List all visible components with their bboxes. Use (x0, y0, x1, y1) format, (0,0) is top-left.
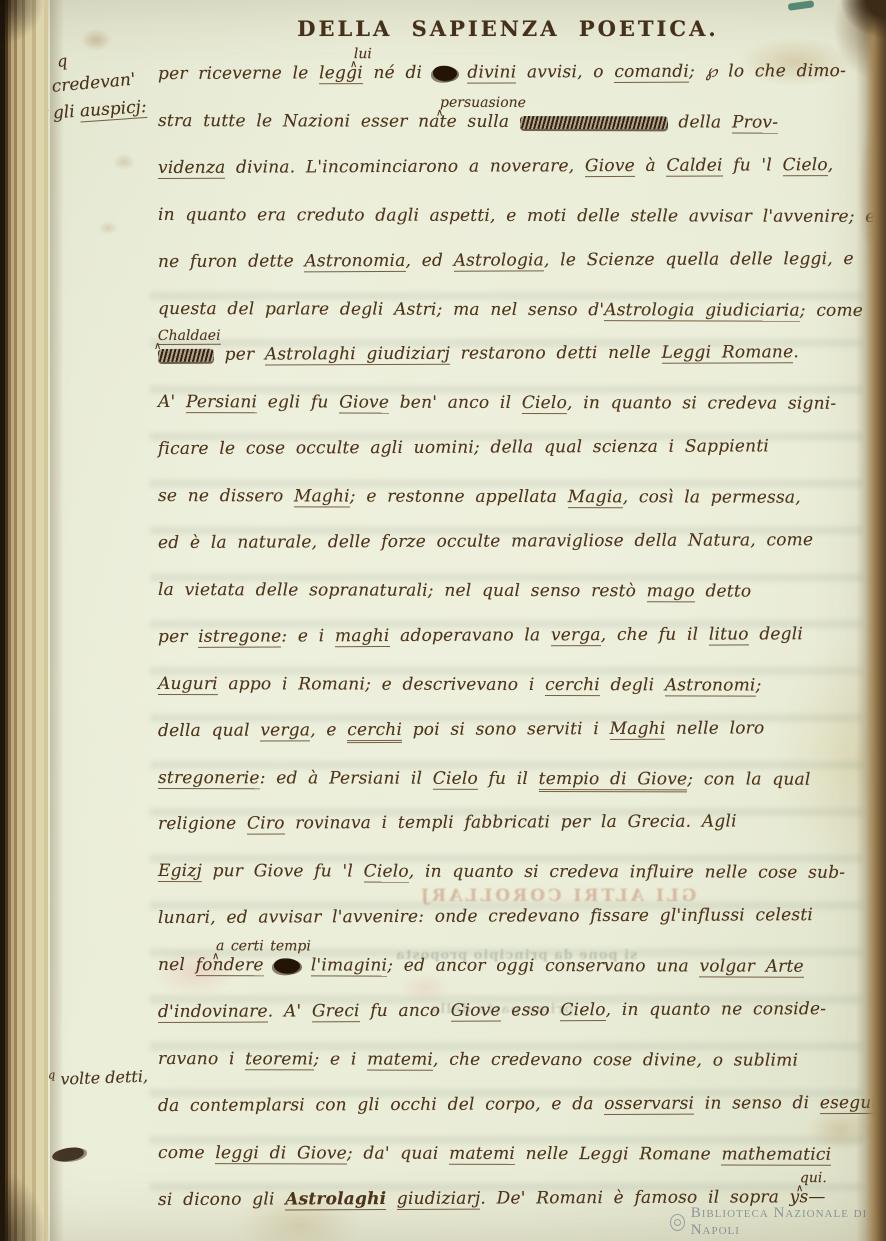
text-segment: ; ℘ lo che dimo- (689, 61, 846, 82)
watermark-text: Biblioteca Nazionale di Napoli (691, 1205, 886, 1239)
text-segment: teoremi (245, 1049, 313, 1070)
text-segment: volgar Arte (699, 957, 803, 978)
text-segment: nel (158, 955, 196, 975)
text-segment: in senso di (694, 1093, 820, 1114)
text-segment (457, 63, 468, 83)
text-segment: ; da' quai (347, 1143, 449, 1163)
text-segment: fu anco (360, 1001, 451, 1021)
body-line: ficare le cose occulte agli uomini; dell… (158, 437, 769, 466)
scribble-cancellation (158, 349, 214, 362)
library-seal-core (674, 1219, 681, 1226)
text-segment: ; con la qual (687, 769, 810, 789)
body-line: stra tutte le Nazioni esser nate sulla d… (158, 111, 778, 139)
gutter-shadow-top (0, 0, 56, 70)
text-segment: Astrolaghi giudiziarj (265, 344, 450, 366)
text-segment: , e (310, 720, 347, 740)
text-segment: . (793, 343, 799, 363)
interlinear-insertion: ∧a certi tempi (216, 938, 311, 954)
text-segment: divini (467, 62, 516, 83)
interlinear-insertion: ∧persuasione (440, 95, 526, 111)
text-segment: , ed (405, 250, 453, 270)
text-segment: auspicj: (79, 97, 147, 123)
corner-stain-top-right (830, 0, 886, 50)
text-segment: cerchi (347, 720, 402, 743)
text-segment: divina. L'incominciarono a noverare, (225, 156, 585, 178)
text-segment (386, 1189, 397, 1209)
text-segment: per (158, 627, 198, 647)
text-segment: , in quanto ne conside- (606, 999, 827, 1020)
page-edge-right (856, 0, 886, 1241)
text-segment: Astrologia (454, 250, 544, 271)
text-segment: osservarsi (604, 1093, 694, 1114)
text-segment: esso (501, 1000, 561, 1020)
body-line: Egizj pur Giove fu 'l Cielo, in quanto s… (158, 861, 845, 889)
text-segment: Cielo (560, 1000, 605, 1021)
text-segment: restarono detti nelle (450, 343, 662, 364)
text-segment: giudiziarj (397, 1188, 481, 1209)
book-binding-edge (0, 0, 52, 1241)
text-segment: degli (600, 675, 665, 695)
text-segment: verga (260, 720, 310, 741)
text-segment: come (158, 1143, 215, 1163)
text-segment: maghi (335, 626, 390, 647)
text-segment: Giove (585, 156, 635, 177)
text-segment: fondere (196, 955, 264, 976)
body-line: videnza divina. L'incominciarono a nover… (158, 155, 834, 184)
text-segment: detto (695, 581, 752, 601)
text-segment: da contemplarsi con gli occhi del corpo,… (158, 1094, 604, 1116)
body-line: per riceverne le leggi né di divini avvi… (158, 61, 846, 90)
bleedthrough-text: GLI ALTRI COROLLARJ (418, 886, 696, 906)
text-segment: Cielo (522, 393, 567, 414)
text-segment: , le Scienze quella delle leggi, e (544, 249, 854, 270)
text-segment: ben' anco il (389, 393, 522, 413)
text-segment: per riceverne le (158, 63, 319, 84)
text-segment: , in quanto si credeva signi- (567, 393, 836, 414)
text-segment: videnza (158, 158, 226, 179)
body-line: ed è la naturale, delle forze occulte ma… (158, 530, 813, 559)
binding-thread (788, 0, 815, 11)
text-segment: Astrolaghi (285, 1189, 386, 1210)
body-line: d'indovinare. A' Greci fu anco Giove ess… (158, 999, 826, 1028)
insertion-text: a certi tempi (216, 938, 311, 954)
body-line: stregonerie: ed à Persiani il Cielo fu i… (158, 768, 811, 796)
text-segment: ficare le cose occulte agli uomini; dell… (158, 437, 769, 460)
text-segment: nelle loro (665, 718, 764, 738)
text-segment: mathematici (721, 1144, 831, 1165)
text-segment: matemi (449, 1143, 515, 1164)
body-line: per istregone: e i maghi adoperavano la … (158, 624, 803, 653)
text-segment: , in quanto si credeva influire nelle co… (409, 862, 845, 883)
text-segment: Persiani (186, 392, 257, 413)
text-segment: ne furon dette (158, 251, 305, 272)
library-seal-icon (670, 1214, 685, 1231)
gutter-shadow-bottom (0, 1131, 60, 1241)
text-segment: Cielo (433, 768, 478, 789)
body-line: A' Persiani egli fu Giove ben' anco il C… (158, 392, 836, 420)
text-segment: Astronomia (304, 251, 405, 272)
interlinear-insertion: ∧qui. (800, 1170, 827, 1186)
body-line: se ne dissero Maghi; e restonne appellat… (158, 486, 801, 514)
text-segment: Maghi (610, 718, 666, 739)
ink-blot (433, 66, 457, 81)
body-line: questa del parlare degli Astri; ma nel s… (158, 299, 863, 327)
text-segment: appo i Romani; e descrivevano i (218, 674, 545, 695)
text-segment: à (635, 156, 667, 176)
text-segment: Greci (312, 1001, 360, 1022)
body-line: come leggi di Giove; da' quai matemi nel… (158, 1143, 831, 1171)
text-segment: stregonerie (158, 768, 260, 789)
insertion-text: Chaldaei (158, 328, 221, 345)
text-segment: né di (363, 63, 433, 83)
text-segment: in quanto era creduto dagli aspetti, e m… (158, 205, 876, 227)
scribble-cancellation (520, 116, 668, 129)
text-segment: matemi (367, 1049, 433, 1070)
text-segment: avvisi, o (516, 62, 614, 82)
body-line: ravano i teoremi; e i matemi, che credev… (158, 1049, 798, 1077)
text-segment: lituo (709, 624, 749, 645)
insertion-text: persuasione (440, 95, 526, 111)
manuscript-page-scan: DELLA SAPIENZA POETICA. GLI ALTRI COROLL… (0, 0, 886, 1241)
text-segment: mago (647, 581, 695, 602)
text-segment: , così la permessa, (623, 487, 801, 507)
body-line: per Astrolaghi giudiziarj restarono dett… (158, 343, 799, 372)
text-segment: per (214, 345, 265, 365)
text-segment: nelle Leggi Romane (515, 1144, 721, 1165)
text-segment: Cielo (364, 862, 409, 883)
text-segment: questa del parlare degli Astri; ma nel s… (158, 299, 604, 320)
page-title: DELLA SAPIENZA POETICA. (158, 16, 858, 41)
text-segment: ; ed ancor oggi conservano una (387, 956, 699, 977)
text-segment: , che credevano cose divine, o sublimi (433, 1050, 798, 1071)
text-segment: adoperavano la (390, 625, 551, 646)
text-segment: Giove (451, 1001, 501, 1022)
text-segment: Ciro (247, 814, 285, 835)
text-segment: : ed à Persiani il (260, 768, 433, 788)
text-segment: fu il (478, 768, 539, 788)
gutter-crease (50, 0, 64, 1241)
text-segment: : e i (281, 626, 335, 646)
text-segment: della qual (158, 720, 260, 740)
text-segment: Magia (568, 487, 623, 508)
text-segment: pur Giove fu 'l (202, 861, 364, 881)
text-segment: . A' (268, 1001, 312, 1021)
text-segment: tempio di Giove (539, 768, 688, 791)
text-segment: Astronomi (665, 675, 756, 696)
text-segment: Prov- (732, 112, 778, 133)
text-segment: volte detti, (55, 1067, 148, 1089)
text-segment: Maghi (294, 486, 350, 507)
body-line: ne furon dette Astronomia, ed Astrologia… (158, 249, 854, 278)
text-segment: leggi di Giove (215, 1143, 347, 1164)
text-segment: ; (756, 675, 762, 695)
text-segment: poi si sono serviti i (402, 719, 610, 740)
body-line: lunari, ed avvisar l'avvenire: onde cred… (158, 905, 813, 934)
text-segment: ravano i (158, 1049, 245, 1069)
text-segment: degli (749, 624, 803, 644)
text-segment: se ne dissero (158, 486, 294, 506)
text-segment: ; e restonne appellata (350, 487, 568, 508)
text-segment: rovinava i templi fabbricati per la Grec… (285, 812, 737, 834)
text-segment: Leggi Romane (662, 343, 794, 365)
insertion-text: qui. (800, 1170, 827, 1186)
text-segment: fu 'l (723, 155, 783, 175)
text-segment: comandi (614, 62, 689, 83)
text-segment: , (828, 155, 834, 175)
text-segment: la vietata delle sopranaturali; nel qual… (158, 580, 647, 601)
library-watermark: Biblioteca Nazionale di Napoli (670, 1205, 886, 1239)
text-segment: d'indovinare (158, 1002, 268, 1023)
body-line: in quanto era creduto dagli aspetti, e m… (158, 205, 876, 233)
text-segment: A' (158, 392, 186, 412)
insertion-text: lui (354, 46, 372, 62)
body-line: religione Ciro rovinava i templi fabbric… (158, 812, 737, 841)
text-segment: egli fu (257, 393, 339, 413)
text-segment: ed è la naturale, delle forze occulte ma… (158, 530, 813, 553)
text-segment: , che fu il (601, 624, 709, 644)
text-segment: Caldei (666, 155, 722, 176)
text-segment: lunari, ed avvisar l'avvenire: onde cred… (158, 905, 813, 928)
text-segment: istregone (198, 626, 281, 647)
text-segment: ; e i (313, 1049, 367, 1069)
body-line: della qual verga, e cerchi poi si sono s… (158, 718, 765, 747)
text-segment: si dicono gli (158, 1189, 285, 1210)
body-line: da contemplarsi con gli occhi del corpo,… (158, 1093, 886, 1122)
text-segment: Astrologia giudiciaria (604, 300, 800, 322)
text-segment: l'imagini (311, 955, 387, 976)
body-line: la vietata delle sopranaturali; nel qual… (158, 580, 751, 608)
text-segment: ; come (800, 300, 863, 320)
interlinear-insertion: ∧Chaldaei (158, 328, 221, 344)
text-segment: Auguri (158, 674, 218, 695)
text-segment: stra tutte le Nazioni esser nate sulla (158, 111, 520, 132)
interlinear-insertion: ∧lui (354, 46, 372, 62)
text-segment: Giove (339, 393, 389, 414)
text-segment: cerchi (545, 675, 600, 696)
body-line: nel fondere l'imagini; ed ancor oggi con… (158, 955, 804, 983)
text-segment (264, 955, 275, 975)
text-segment: della (668, 112, 732, 132)
body-line: Auguri appo i Romani; e descrivevano i c… (158, 674, 762, 702)
ink-blot (274, 958, 300, 973)
text-segment: verga (551, 625, 601, 646)
text-segment: religione (158, 814, 247, 834)
text-segment (300, 955, 311, 975)
text-segment: Cielo (783, 155, 828, 176)
text-segment: Egizj (158, 861, 202, 882)
